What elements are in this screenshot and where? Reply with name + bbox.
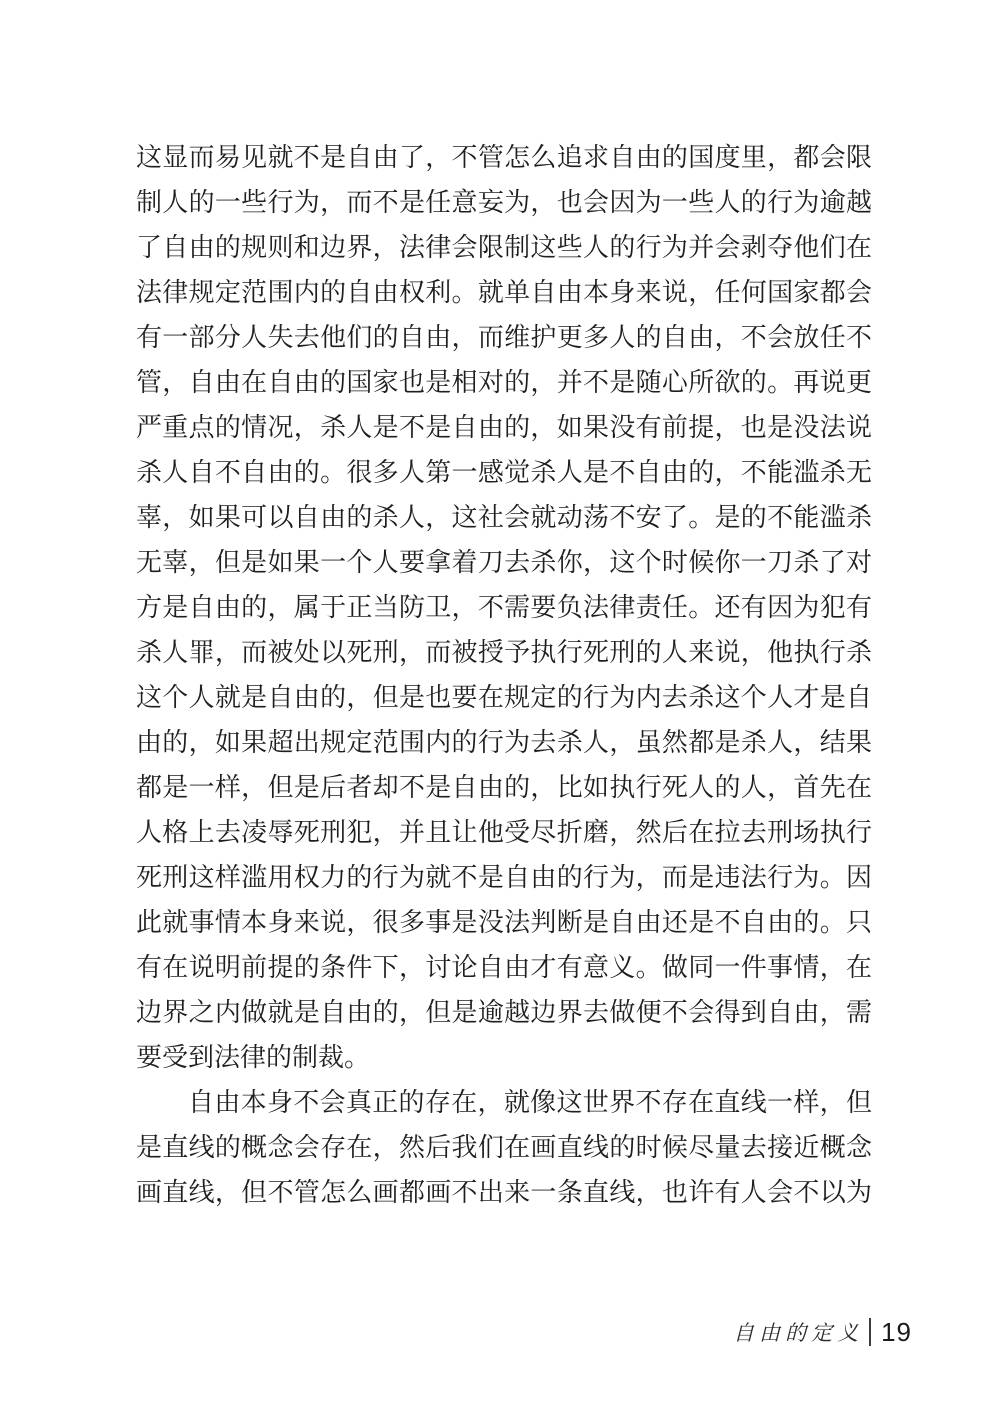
vertical-bar-icon <box>869 1318 871 1346</box>
page-number: 19 <box>881 1317 912 1348</box>
text-line: 边界之内做就是自由的，但是逾越边界去做便不会得到自由，需 <box>136 991 872 1036</box>
chapter-title: 自由的定义 <box>733 1317 863 1347</box>
text-line: 无辜，但是如果一个人要拿着刀去杀你，这个时候你一刀杀了对 <box>136 541 872 586</box>
text-line: 有一部分人失去他们的自由，而维护更多人的自由，不会放任不 <box>136 316 872 361</box>
page-body: 这显而易见就不是自由了，不管怎么追求自由的国度里，都会限制人的一些行为，而不是任… <box>136 136 872 1216</box>
text-line: 这个人就是自由的，但是也要在规定的行为内去杀这个人才是自 <box>136 676 872 721</box>
text-line: 是直线的概念会存在，然后我们在画直线的时候尽量去接近概念 <box>136 1126 872 1171</box>
text-line: 死刑这样滥用权力的行为就不是自由的行为，而是违法行为。因 <box>136 856 872 901</box>
paragraph-1-lines: 这显而易见就不是自由了，不管怎么追求自由的国度里，都会限制人的一些行为，而不是任… <box>136 136 872 1036</box>
text-line: 有在说明前提的条件下，讨论自由才有意义。做同一件事情，在 <box>136 946 872 991</box>
page-footer: 自由的定义 19 <box>733 1316 912 1348</box>
text-line: 辜，如果可以自由的杀人，这社会就动荡不安了。是的不能滥杀 <box>136 496 872 541</box>
text-line: 此就事情本身来说，很多事是没法判断是自由还是不自由的。只 <box>136 901 872 946</box>
text-line: 自由本身不会真正的存在，就像这世界不存在直线一样，但 <box>136 1081 872 1126</box>
text-line: 由的，如果超出规定范围内的行为去杀人，虽然都是杀人，结果 <box>136 721 872 766</box>
text-line: 都是一样，但是后者却不是自由的，比如执行死人的人，首先在 <box>136 766 872 811</box>
text-line: 人格上去凌辱死刑犯，并且让他受尽折磨，然后在拉去刑场执行 <box>136 811 872 856</box>
text-line: 杀人自不自由的。很多人第一感觉杀人是不自由的，不能滥杀无 <box>136 451 872 496</box>
text-line: 要受到法律的制裁。 <box>136 1036 872 1081</box>
text-line: 方是自由的，属于正当防卫，不需要负法律责任。还有因为犯有 <box>136 586 872 631</box>
text-line: 制人的一些行为，而不是任意妄为，也会因为一些人的行为逾越 <box>136 181 872 226</box>
text-line: 管，自由在自由的国家也是相对的，并不是随心所欲的。再说更 <box>136 361 872 406</box>
text-line: 严重点的情况，杀人是不是自由的，如果没有前提，也是没法说 <box>136 406 872 451</box>
text-line: 画直线，但不管怎么画都画不出来一条直线，也许有人会不以为 <box>136 1171 872 1216</box>
text-line: 杀人罪，而被处以死刑，而被授予执行死刑的人来说，他执行杀 <box>136 631 872 676</box>
text-line: 法律规定范围内的自由权利。就单自由本身来说，任何国家都会 <box>136 271 872 316</box>
paragraph-2: 自由本身不会真正的存在，就像这世界不存在直线一样，但 是直线的概念会存在，然后我… <box>136 1081 872 1216</box>
paragraph-1: 这显而易见就不是自由了，不管怎么追求自由的国度里，都会限制人的一些行为，而不是任… <box>136 136 872 1081</box>
text-line: 这显而易见就不是自由了，不管怎么追求自由的国度里，都会限 <box>136 136 872 181</box>
book-page: 这显而易见就不是自由了，不管怎么追求自由的国度里，都会限制人的一些行为，而不是任… <box>0 0 1000 1417</box>
text-line: 了自由的规则和边界，法律会限制这些人的行为并会剥夺他们在 <box>136 226 872 271</box>
